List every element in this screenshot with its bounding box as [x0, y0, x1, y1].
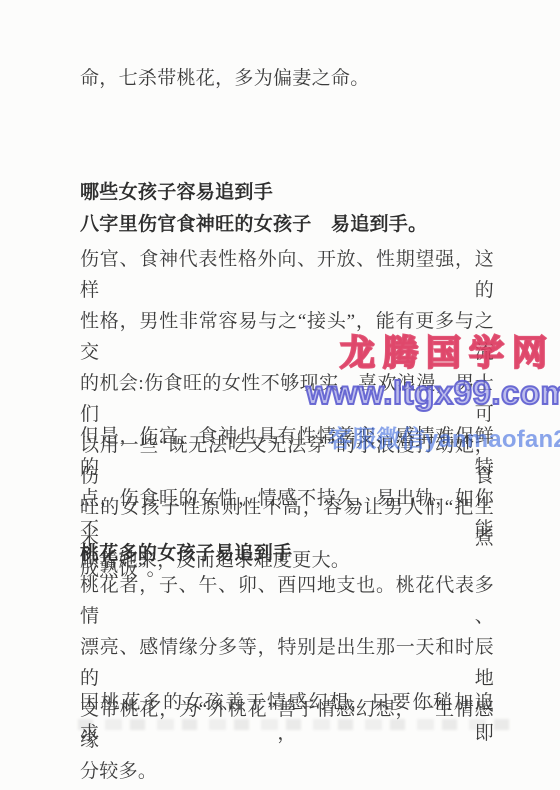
paragraph-line: 因桃花多的女孩善于情感幻想，只要你稍加追求，即	[80, 687, 494, 749]
paragraph-line: 伤官、食神代表性格外向、开放、性期望强，这样的	[80, 244, 494, 306]
paragraph-line: 分较多。	[80, 756, 494, 787]
paragraph-line: 点，伤食旺的女性，情感不持久、易出轨，如你不能	[80, 483, 494, 545]
paragraph-line: 桃花者，子、午、卯、酉四地支也。桃花代表多情、	[80, 570, 494, 632]
document-page: 命，七杀带桃花，多为偏妻之命。 哪些女孩子容易追到手 八字里伤官食神旺的女孩子 …	[0, 0, 560, 790]
intro-line: 命，七杀带桃花，多为偏妻之命。	[80, 63, 494, 94]
section2-paragraph1: 桃花者，子、午、卯、酉四地支也。桃花代表多情、 漂亮、感情缘分多等，特别是出生那…	[80, 570, 494, 787]
cropped-next-line-remnant	[78, 719, 510, 730]
section2-title: 桃花多的女孩子易追到手	[80, 538, 494, 569]
section2-paragraph2: 因桃花多的女孩善于情感幻想，只要你稍加追求，即	[80, 687, 494, 749]
section1-title: 哪些女孩子容易追到手	[80, 177, 494, 208]
paragraph-line: 漂亮、感情缘分多等，特别是出生那一天和时辰的地	[80, 632, 494, 694]
paragraph-line: 性格，男性非常容易与之“接头”，能有更多与之交流	[80, 306, 494, 368]
section1-subtitle: 八字里伤官食神旺的女孩子 易追到手。	[80, 209, 494, 240]
paragraph-line: 但是，伤官、食神也具有性情善变、感情难保鲜的特	[80, 421, 494, 483]
